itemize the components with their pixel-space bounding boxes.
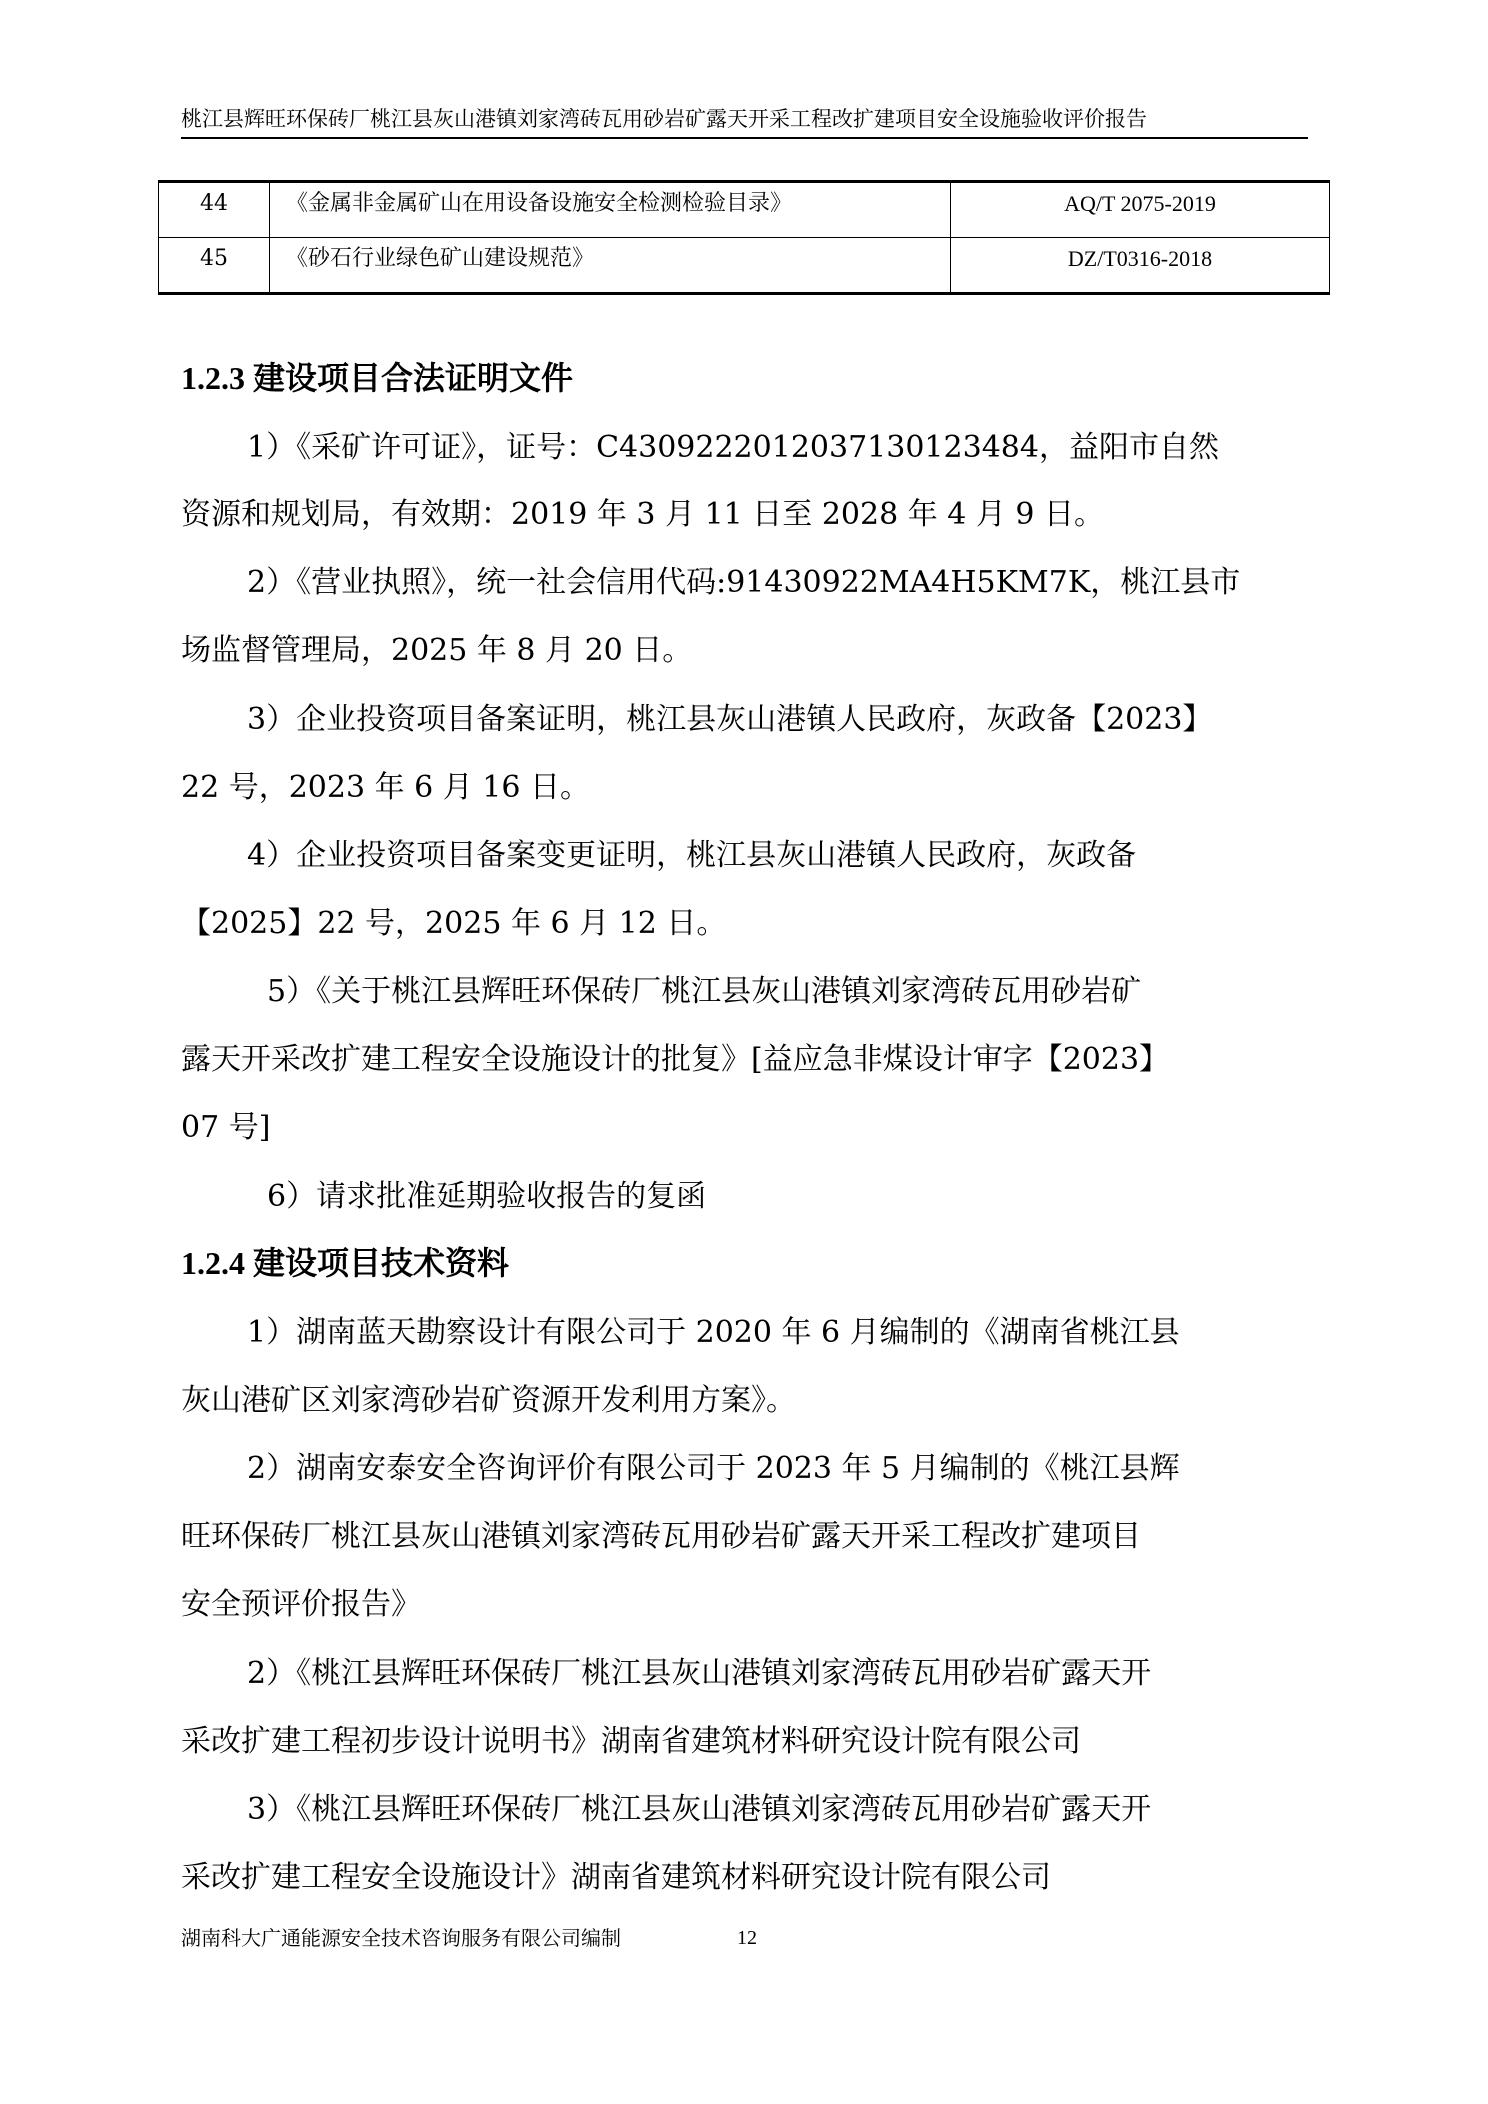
section-heading-1-2-3: 1.2.3 建设项目合法证明文件 [181, 358, 573, 398]
paragraph-line: 3）企业投资项目备案证明，桃江县灰山港镇人民政府，灰政备【2023】 [247, 700, 1212, 740]
page-number: 12 [737, 1924, 757, 1952]
table-row: 45 《砂石行业绿色矿山建设规范》 DZ/T0316-2018 [159, 238, 1330, 294]
paragraph-line: 1）《采矿许可证》，证号：C4309222012037130123484，益阳市… [247, 428, 1219, 468]
row-number: 45 [159, 238, 270, 294]
paragraph-line: 2）《营业执照》，统一社会信用代码:91430922MA4H5KM7K，桃江县市 [247, 563, 1240, 603]
paragraph-line: 6）请求批准延期验收报告的复函 [267, 1177, 706, 1217]
paragraph-line: 采改扩建工程初步设计说明书》湖南省建筑材料研究设计院有限公司 [181, 1722, 1081, 1762]
header-divider [181, 137, 1308, 139]
paragraph-line: 3）《桃江县辉旺环保砖厂桃江县灰山港镇刘家湾砖瓦用砂岩矿露天开 [247, 1790, 1151, 1830]
row-number: 44 [159, 182, 270, 238]
section-heading-1-2-4: 1.2.4 建设项目技术资料 [181, 1243, 509, 1283]
standard-title: 《金属非金属矿山在用设备设施安全检测检验目录》 [270, 182, 951, 238]
paragraph-line: 旺环保砖厂桃江县灰山港镇刘家湾砖瓦用砂岩矿露天开采工程改扩建项目 [181, 1517, 1141, 1557]
standard-code: AQ/T 2075-2019 [951, 182, 1330, 238]
paragraph-line: 资源和规划局，有效期：2019 年 3 月 11 日至 2028 年 4 月 9… [181, 495, 1104, 535]
paragraph-line: 场监督管理局，2025 年 8 月 20 日。 [181, 631, 692, 671]
paragraph-line: 4）企业投资项目备案变更证明，桃江县灰山港镇人民政府，灰政备 [247, 836, 1136, 876]
paragraph-line: 2）《桃江县辉旺环保砖厂桃江县灰山港镇刘家湾砖瓦用砂岩矿露天开 [247, 1654, 1151, 1694]
page-footer: 湖南科大广通能源安全技术咨询服务有限公司编制 12 [181, 1924, 621, 1952]
paragraph-line: 灰山港矿区刘家湾砂岩矿资源开发利用方案》。 [181, 1381, 796, 1421]
paragraph-line: 露天开采改扩建工程安全设施设计的批复》[益应急非煤设计审字【2023】 [181, 1040, 1169, 1080]
table-row: 44 《金属非金属矿山在用设备设施安全检测检验目录》 AQ/T 2075-201… [159, 182, 1330, 238]
standard-title: 《砂石行业绿色矿山建设规范》 [270, 238, 951, 294]
standard-code: DZ/T0316-2018 [951, 238, 1330, 294]
paragraph-line: 采改扩建工程安全设施设计》湖南省建筑材料研究设计院有限公司 [181, 1858, 1051, 1898]
paragraph-line: 5）《关于桃江县辉旺环保砖厂桃江县灰山港镇刘家湾砖瓦用砂岩矿 [267, 972, 1141, 1012]
paragraph-line: 安全预评价报告》 [181, 1585, 421, 1625]
paragraph-line: 2）湖南安泰安全咨询评价有限公司于 2023 年 5 月编制的《桃江县辉 [247, 1449, 1180, 1489]
footer-publisher: 湖南科大广通能源安全技术咨询服务有限公司编制 [181, 1926, 621, 1950]
standards-table: 44 《金属非金属矿山在用设备设施安全检测检验目录》 AQ/T 2075-201… [158, 180, 1330, 295]
running-header: 桃江县辉旺环保砖厂桃江县灰山港镇刘家湾砖瓦用砂岩矿露天开采工程改扩建项目安全设施… [181, 104, 1308, 134]
paragraph-line: 07 号] [181, 1108, 270, 1148]
paragraph-line: 22 号，2023 年 6 月 16 日。 [181, 768, 590, 808]
paragraph-line: 【2025】22 号，2025 年 6 月 12 日。 [181, 904, 726, 944]
document-page: 桃江县辉旺环保砖厂桃江县灰山港镇刘家湾砖瓦用砂岩矿露天开采工程改扩建项目安全设施… [0, 0, 1488, 2104]
paragraph-line: 1）湖南蓝天勘察设计有限公司于 2020 年 6 月编制的《湖南省桃江县 [247, 1313, 1180, 1353]
